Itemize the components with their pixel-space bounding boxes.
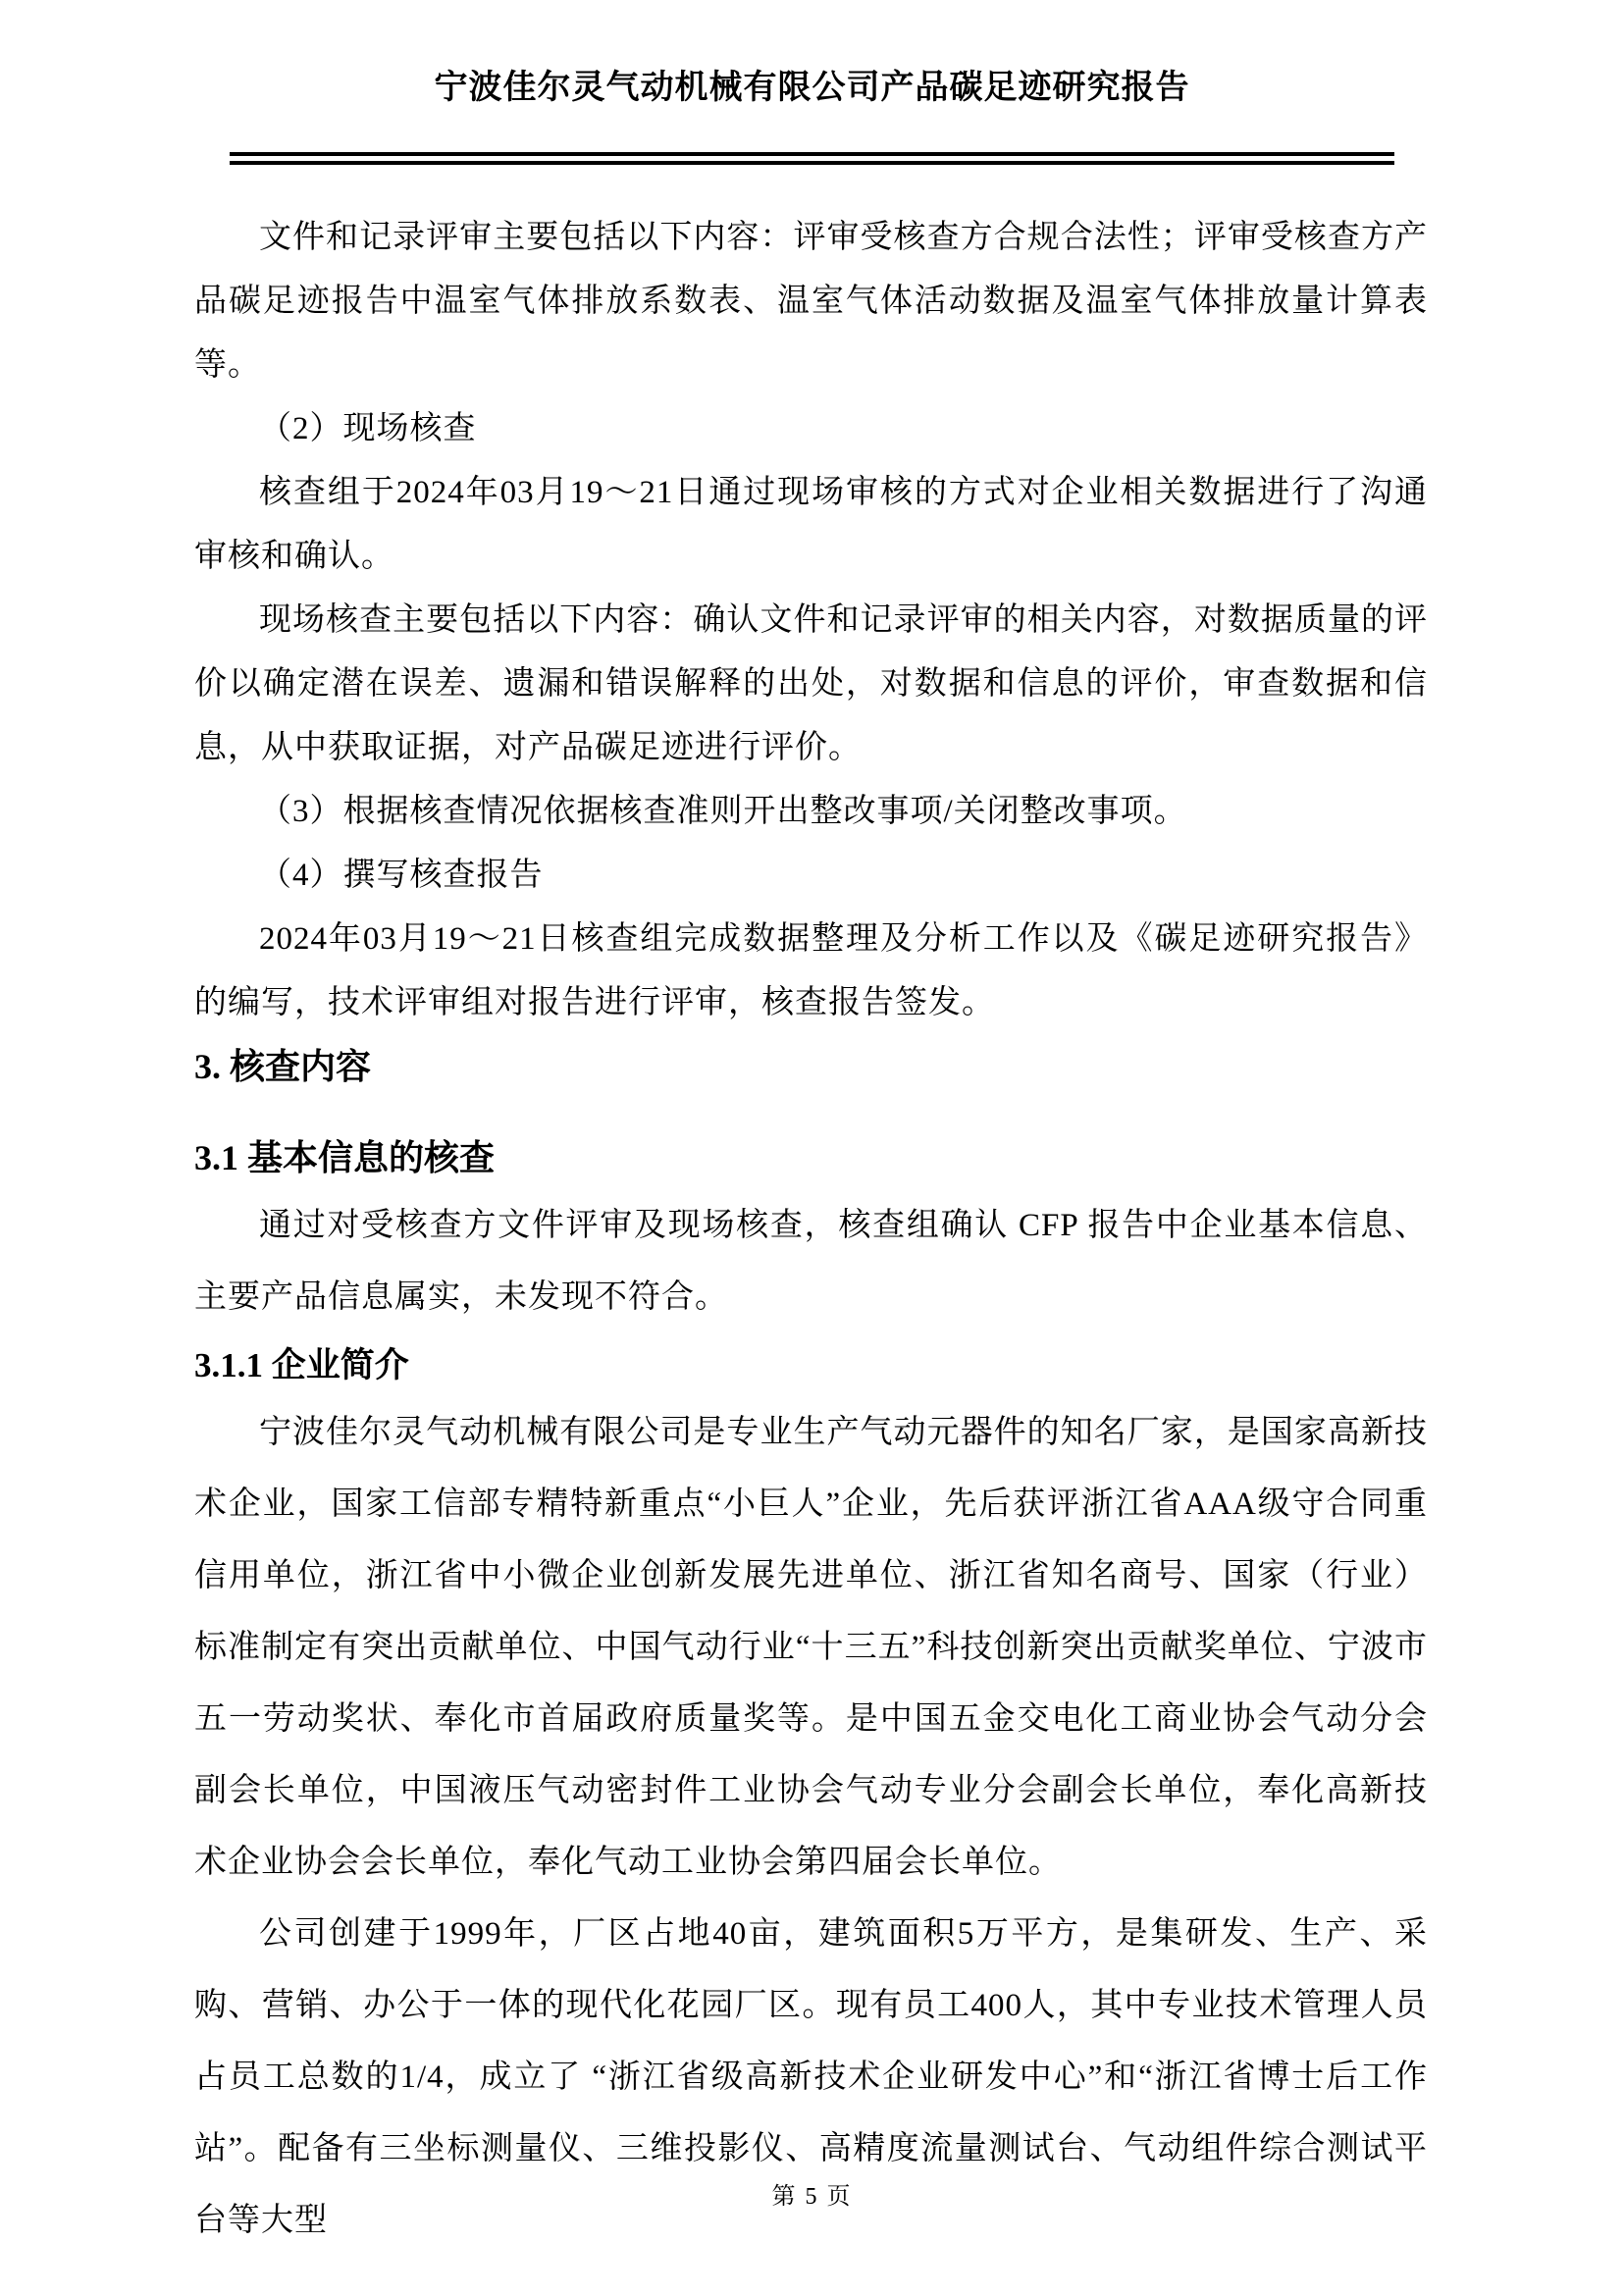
header-double-rule <box>230 152 1394 165</box>
list-item-onsite-verification: （2）现场核查 <box>194 397 1428 461</box>
report-title: 宁波佳尔灵气动机械有限公司产品碳足迹研究报告 <box>0 69 1624 108</box>
section-heading-company-profile: 3.1.1 企业简介 <box>194 1333 1428 1397</box>
list-item-corrective-actions: （3）根据核查情况依据核查准则开出整改事项/关闭整改事项。 <box>194 780 1428 844</box>
paragraph-onsite-dates: 核查组于2024年03月19～21日通过现场审核的方式对企业相关数据进行了沟通审… <box>194 461 1428 589</box>
paragraph-report-signoff: 2024年03月19～21日核查组完成数据整理及分析工作以及《碳足迹研究报告》的… <box>194 908 1428 1035</box>
paragraph-onsite-scope: 现场核查主要包括以下内容：确认文件和记录评审的相关内容，对数据质量的评价以确定潜… <box>194 589 1428 780</box>
page-footer: 第 5 页 <box>0 2176 1624 2211</box>
page-header: 宁波佳尔灵气动机械有限公司产品碳足迹研究报告 <box>0 0 1624 165</box>
paragraph-basic-info-result: 通过对受核查方文件评审及现场核查，核查组确认 CFP 报告中企业基本信息、主要产… <box>194 1190 1428 1333</box>
list-item-write-report: （4）撰写核查报告 <box>194 844 1428 908</box>
document-page: 宁波佳尔灵气动机械有限公司产品碳足迹研究报告 文件和记录评审主要包括以下内容：评… <box>0 0 1624 2295</box>
paragraph-document-review: 文件和记录评审主要包括以下内容：评审受核查方合规合法性；评审受核查方产品碳足迹报… <box>194 206 1428 397</box>
paragraph-company-profile: 宁波佳尔灵气动机械有限公司是专业生产气动元器件的知名厂家，是国家高新技术企业，国… <box>194 1397 1428 1899</box>
page-number-label: 第 5 页 <box>772 2184 853 2210</box>
page-body: 文件和记录评审主要包括以下内容：评审受核查方合规合法性；评审受核查方产品碳足迹报… <box>194 206 1428 2257</box>
section-heading-verification-content: 3. 核查内容 <box>194 1035 1428 1099</box>
section-heading-basic-info-check: 3.1 基本信息的核查 <box>194 1126 1428 1190</box>
